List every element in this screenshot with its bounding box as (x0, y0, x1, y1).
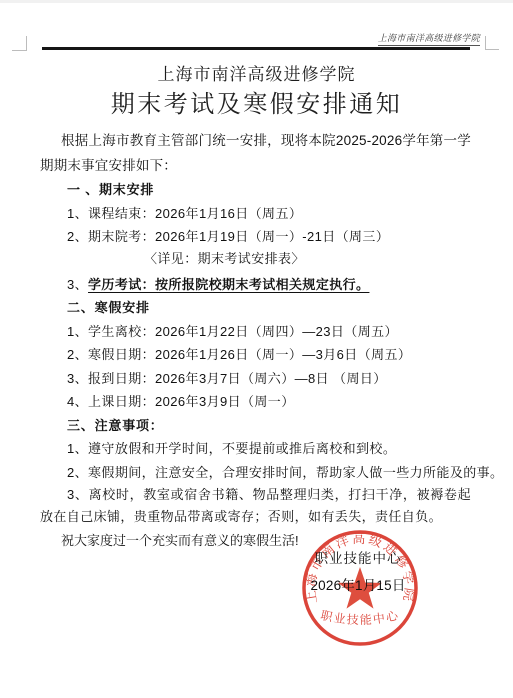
exam-item-final-exam: 2、期末院考：2026年1月19日（周一）-21日（周三） (40, 225, 471, 249)
section-heading-exam: 一 、期末安排 (40, 178, 471, 202)
signature-block: 职业技能中心 2026年1月15日 (296, 549, 420, 596)
notice-body: 根据上海市教育主管部门统一安排，现将本院2025-2026学年第一学期期末事宜安… (40, 128, 471, 553)
exam-schedule-note: 〈详见：期末考试安排表〉 (40, 249, 471, 268)
exam-item3-number: 3、 (67, 277, 88, 292)
signature-date: 2026年1月15日 (296, 576, 420, 596)
crop-mark-top-right-icon (485, 36, 499, 50)
school-title: 上海市南洋高级进修学院 (0, 60, 513, 85)
holiday-item-dates: 2、寒假日期：2026年1月26日（周一）—3月6日（周五） (40, 343, 471, 367)
signature-department: 职业技能中心 (296, 549, 420, 569)
seal-bottom-text-holder: 职业技能中心 (319, 608, 400, 627)
section-heading-notes: 三、注意事项： (40, 414, 471, 438)
holiday-item-registration: 3、报到日期：2026年3月7日（周六）—8日 （周日） (40, 367, 471, 391)
crop-mark-top-left-icon (12, 36, 27, 51)
header-rule (42, 47, 470, 50)
seal-bottom-text: 职业技能中心 (319, 608, 400, 627)
page-top-edge (0, 0, 513, 3)
exam-item3-underlined-text: 学历考试：按所报院校期末考试相关规定执行。 (88, 277, 369, 292)
note-item-safety: 2、寒假期间，注意安全，合理安排时间，帮助家人做一些力所能及的事。 (40, 461, 471, 485)
holiday-item-class-start: 4、上课日期：2026年3月9日（周一） (40, 390, 471, 414)
note-item-belongings: 3、离校时，教室或宿舍书籍、物品整理归类，打扫干净，被褥卷起放在自己床铺，贵重物… (40, 484, 471, 528)
header-school-name: 上海市南洋高级进修学院 (378, 31, 480, 46)
exam-item-course-end: 1、课程结束：2026年1月16日（周五） (40, 202, 471, 226)
note-item-schedule: 1、遵守放假和开学时间，不要提前或推后离校和到校。 (40, 437, 471, 461)
intro-paragraph: 根据上海市教育主管部门统一安排，现将本院2025-2026学年第一学期期末事宜安… (40, 128, 471, 178)
holiday-item-leave: 1、学生离校：2026年1月22日（周四）—23日（周五） (40, 320, 471, 344)
exam-item-degree-exam: 3、学历考试：按所报院校期末考试相关规定执行。 (40, 273, 471, 297)
section-heading-holiday: 二、寒假安排 (40, 296, 471, 320)
notice-title: 期末考试及寒假安排通知 (0, 84, 513, 119)
